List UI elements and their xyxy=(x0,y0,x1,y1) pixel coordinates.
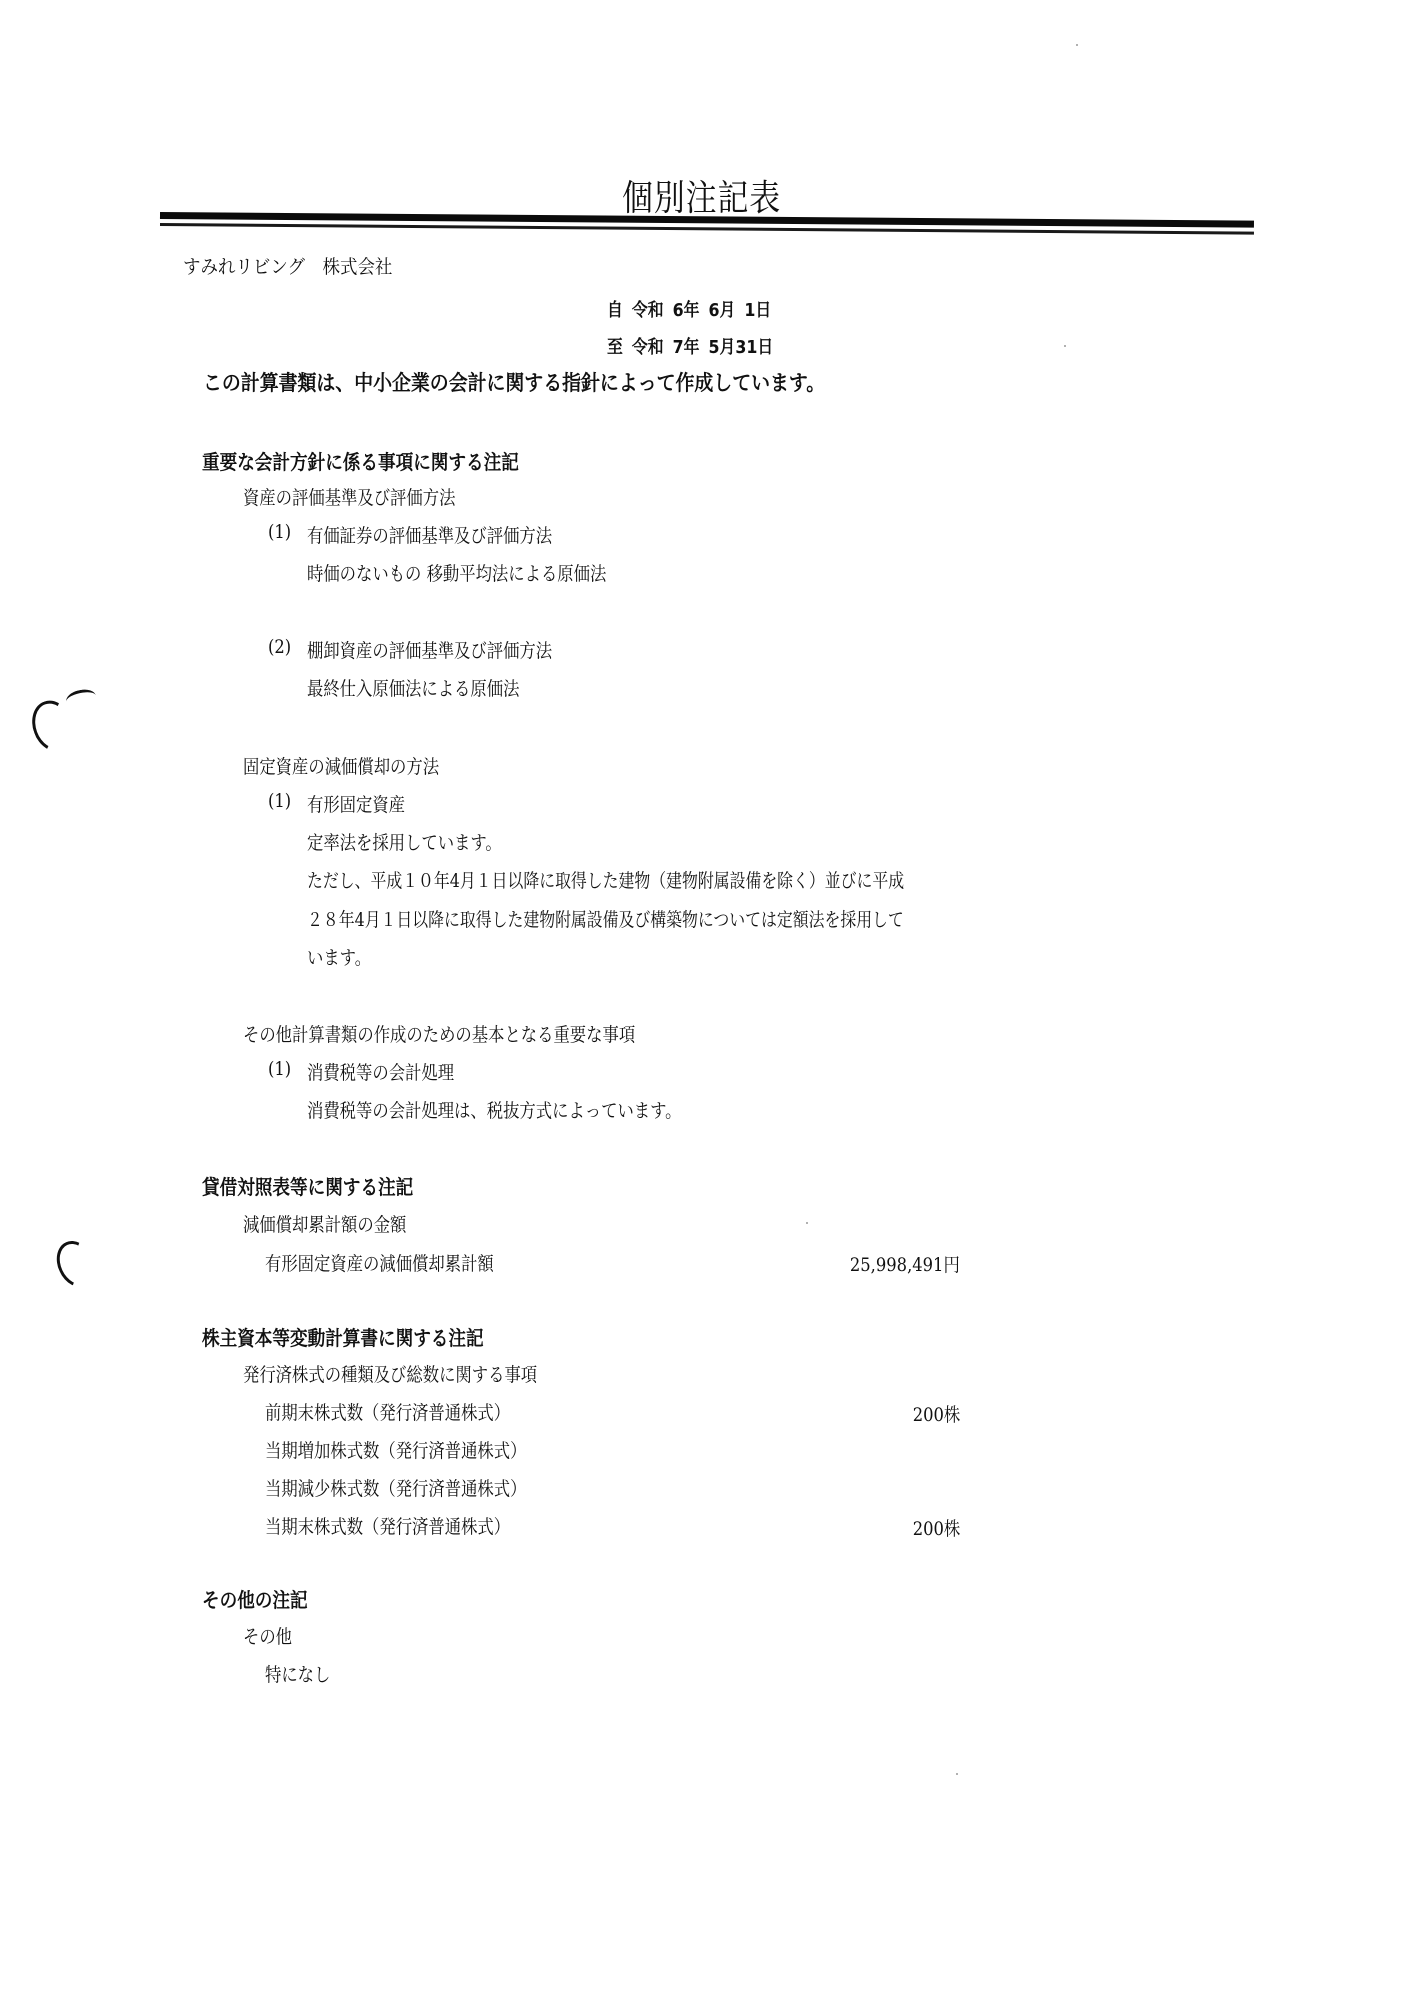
row-value-shares: 200株 xyxy=(912,1400,960,1427)
item-number: (1) xyxy=(268,521,291,543)
subheading-other: その他 xyxy=(243,1622,292,1649)
item-title-inventory: 棚卸資産の評価基準及び評価方法 xyxy=(307,636,552,663)
other-notes-text: 特になし xyxy=(265,1660,330,1687)
item-text-consumption-tax: 消費税等の会計処理は、税抜方式によっています。 xyxy=(307,1096,682,1123)
row-label: 有形固定資産の減価償却累計額 xyxy=(265,1249,494,1276)
item-title-securities: 有価証券の評価基準及び評価方法 xyxy=(307,521,552,548)
item-number: (2) xyxy=(268,636,291,658)
document-title: 個別注記表 xyxy=(622,170,781,221)
scan-speck xyxy=(806,1222,808,1224)
punch-hole-mark-bottom xyxy=(50,1235,103,1294)
scan-speck xyxy=(1064,345,1066,347)
scan-speck xyxy=(1076,44,1078,46)
company-name: すみれリビング 株式会社 xyxy=(183,252,392,279)
section-heading-balance-sheet: 貸借対照表等に関する注記 xyxy=(202,1171,413,1200)
section-heading-other-notes: その他の注記 xyxy=(202,1584,308,1613)
section-heading-accounting-policies: 重要な会計方針に係る事項に関する注記 xyxy=(202,446,519,475)
row-value-shares: 200株 xyxy=(912,1514,960,1541)
punch-hole-mark-top-tail xyxy=(65,687,98,710)
subheading-depreciation: 固定資産の減価償却の方法 xyxy=(243,752,439,779)
subheading-asset-valuation: 資産の評価基準及び評価方法 xyxy=(243,483,455,510)
subheading-accumulated-depreciation: 減価償却累計額の金額 xyxy=(243,1210,406,1237)
item-text-line: 定率法を採用しています。 xyxy=(307,828,502,855)
row-label: 前期末株式数（発行済普通株式） xyxy=(265,1398,510,1425)
item-number: (1) xyxy=(268,790,291,812)
row-label: 当期末株式数（発行済普通株式） xyxy=(265,1512,510,1539)
item-text-line: います。 xyxy=(307,943,371,970)
scan-speck xyxy=(956,1773,958,1775)
item-title-consumption-tax: 消費税等の会計処理 xyxy=(307,1058,454,1085)
item-number: (1) xyxy=(268,1058,291,1080)
item-title-tangible-assets: 有形固定資産 xyxy=(307,790,405,817)
row-label: 当期増加株式数（発行済普通株式） xyxy=(265,1436,526,1463)
item-text-securities: 時価のないもの 移動平均法による原価法 xyxy=(307,559,606,586)
basis-statement: この計算書類は、中小企業の会計に関する指針によって作成しています。 xyxy=(203,367,825,397)
subheading-issued-shares: 発行済株式の種類及び総数に関する事項 xyxy=(243,1360,537,1387)
subheading-other-matters: その他計算書類の作成のための基本となる重要な事項 xyxy=(243,1020,635,1047)
period-to: 至 令和 7年 5月31日 xyxy=(607,333,773,359)
row-value-accumulated-depreciation: 25,998,491円 xyxy=(850,1250,960,1277)
item-text-inventory: 最終仕入原価法による原価法 xyxy=(307,674,519,701)
item-text-line: ただし、平成１０年4月１日以降に取得した建物（建物附属設備を除く）並びに平成 xyxy=(307,866,904,893)
row-label: 当期減少株式数（発行済普通株式） xyxy=(265,1474,526,1501)
period-from: 自 令和 6年 6月 1日 xyxy=(607,296,771,322)
section-heading-equity-changes: 株主資本等変動計算書に関する注記 xyxy=(202,1322,484,1351)
item-text-line: ２８年4月１日以降に取得した建物附属設備及び構築物については定額法を採用して xyxy=(307,905,904,932)
